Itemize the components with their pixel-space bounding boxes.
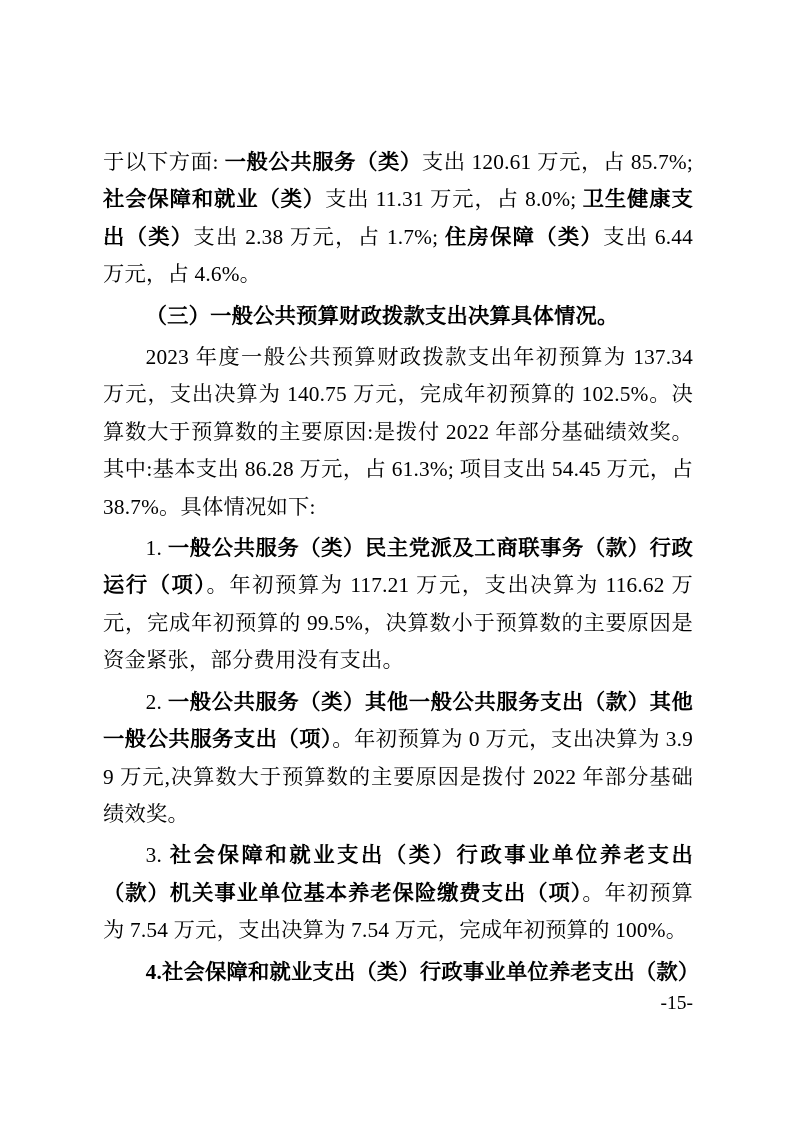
text-run-bold: 4.社会保障和就业支出（类）行政事业单位养老支出（款） bbox=[146, 960, 700, 984]
document-body: 于以下方面: 一般公共服务（类）支出 120.61 万元，占 85.7%; 社会… bbox=[103, 144, 693, 991]
text-run: 1. bbox=[146, 536, 168, 560]
paragraph-item-3: 3. 社会保障和就业支出（类）行政事业单位养老支出（款）机关事业单位基本养老保险… bbox=[103, 837, 693, 949]
text-run: 支出 11.31 万元，占 8.0%; bbox=[325, 187, 583, 211]
paragraph-expenditure-breakdown: 于以下方面: 一般公共服务（类）支出 120.61 万元，占 85.7%; 社会… bbox=[103, 144, 693, 294]
paragraph-item-4: 4.社会保障和就业支出（类）行政事业单位养老支出（款） bbox=[103, 954, 693, 991]
text-run: 于以下方面: bbox=[103, 150, 225, 174]
text-run-bold: （三）一般公共预算财政拨款支出决算具体情况。 bbox=[146, 304, 619, 328]
text-run-bold: 一般公共服务（类） bbox=[225, 150, 422, 174]
page-number: -15- bbox=[103, 992, 693, 1016]
text-run: 支出 120.61 万元，占 85.7%; bbox=[422, 150, 693, 174]
text-run-bold: 住房保障（类） bbox=[445, 225, 603, 249]
paragraph-item-1: 1. 一般公共服务（类）民主党派及工商联事务（款）行政运行（项）。年初预算为 1… bbox=[103, 530, 693, 680]
text-run-bold: 社会保障和就业（类） bbox=[103, 187, 325, 211]
text-run: 3. bbox=[146, 843, 170, 867]
text-run: 支出 2.38 万元，占 1.7%; bbox=[193, 225, 444, 249]
document-page: 于以下方面: 一般公共服务（类）支出 120.61 万元，占 85.7%; 社会… bbox=[0, 0, 793, 1122]
paragraph-item-2: 2. 一般公共服务（类）其他一般公共服务支出（款）其他一般公共服务支出（项）。年… bbox=[103, 684, 693, 834]
heading-section-three: （三）一般公共预算财政拨款支出决算具体情况。 bbox=[103, 298, 693, 335]
paragraph-budget-overview: 2023 年度一般公共预算财政拨款支出年初预算为 137.34 万元，支出决算为… bbox=[103, 339, 693, 526]
text-run: 2. bbox=[146, 690, 168, 714]
text-run: 2023 年度一般公共预算财政拨款支出年初预算为 137.34 万元，支出决算为… bbox=[103, 345, 693, 519]
document-content: 于以下方面: 一般公共服务（类）支出 120.61 万元，占 85.7%; 社会… bbox=[103, 144, 693, 1016]
